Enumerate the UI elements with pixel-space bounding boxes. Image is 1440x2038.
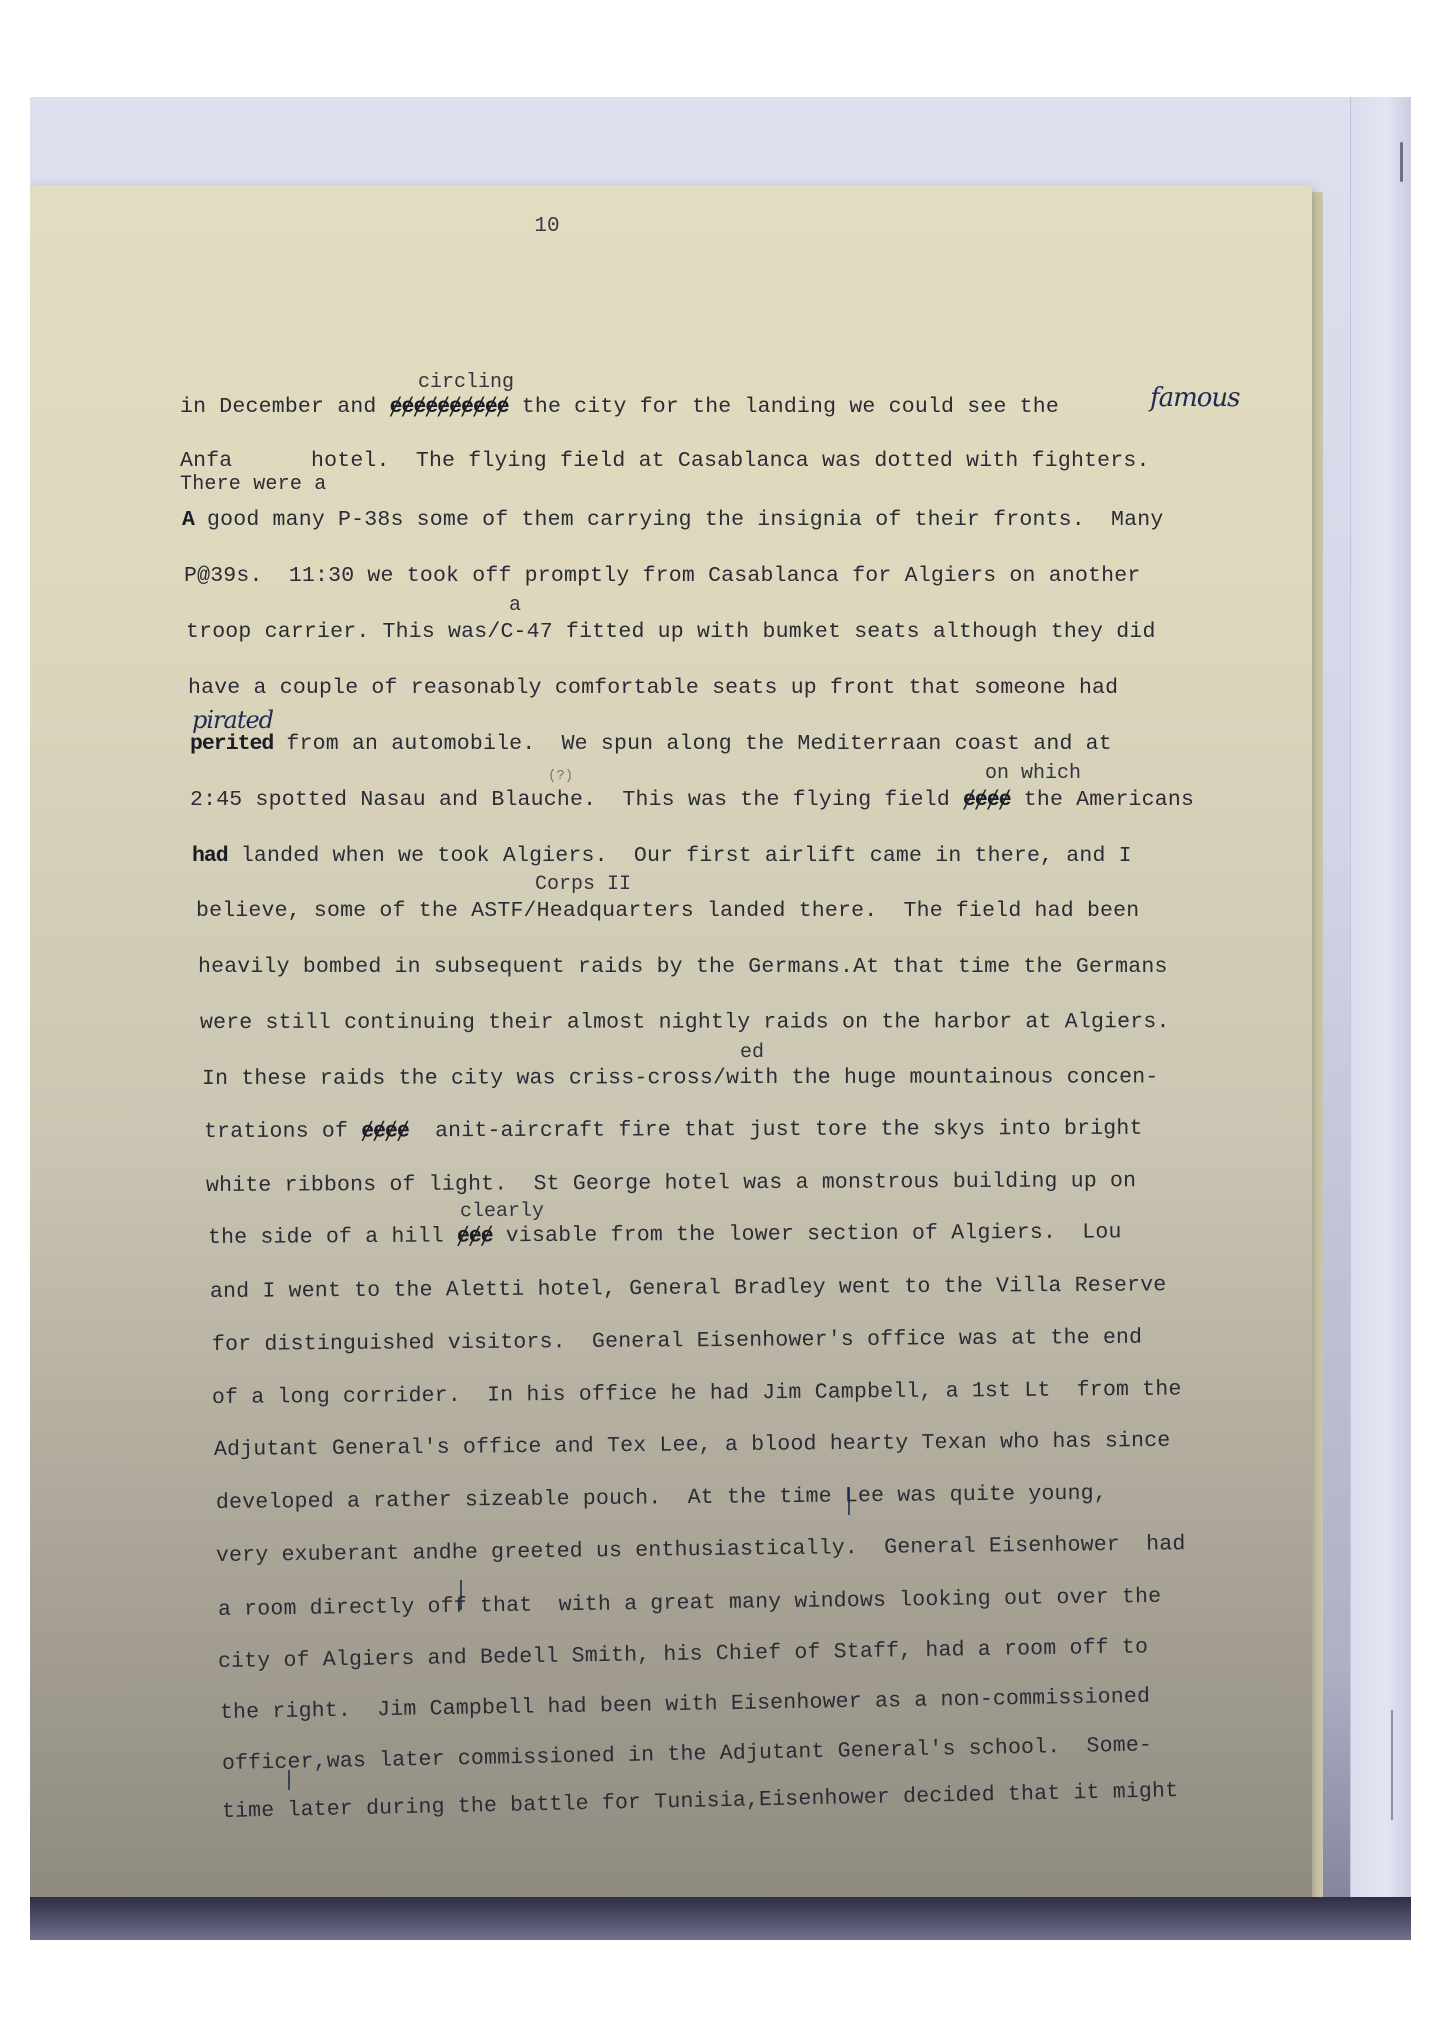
handwritten-mark — [848, 1487, 850, 1515]
struck-out-text: ɇɇɇɇɇɇɇɇɇɇ — [390, 395, 509, 419]
handwritten-mark — [288, 1770, 290, 1790]
typed-text: anit-aircraft fire that just tore the sk… — [409, 1117, 1143, 1144]
typed-line: white ribbons of light. St George hotel … — [206, 1169, 1136, 1198]
typed-text: from an automobile. We spun along the Me… — [273, 732, 1112, 756]
typed-text: good many P-38s some of them carrying th… — [194, 508, 1164, 532]
handwritten-mark — [460, 1580, 462, 1610]
typed-insertion: on which — [985, 762, 1081, 785]
struck-out-text: perited — [190, 732, 273, 756]
typed-line: believe, some of the ASTF/Headquarters l… — [196, 899, 1139, 923]
typed-line: There were a — [180, 473, 326, 496]
struck-out-text: ɇɇɇɇ — [963, 788, 1011, 812]
typed-line: In these raids the city was criss-cross/… — [202, 1065, 1158, 1091]
question-mark-annotation: (?) — [548, 768, 573, 784]
page-number: 10 — [0, 215, 1188, 238]
page-shadow — [30, 1897, 1411, 1940]
typed-line: have a couple of reasonably comfortable … — [188, 676, 1118, 700]
margin-scribble — [1391, 1710, 1407, 1820]
handwritten-correction: pirated — [192, 706, 273, 734]
typed-insertion: Corps II — [535, 873, 631, 896]
typed-text: trations of — [204, 1119, 361, 1144]
typed-line: had landed when we took Algiers. Our fir… — [192, 844, 1132, 868]
typed-text: 2:45 spotted Nasau and Blauche. This was… — [190, 788, 963, 812]
typed-line: heavily bombed in subsequent raids by th… — [198, 955, 1168, 979]
typed-text: landed when we took Algiers. Our first a… — [228, 844, 1132, 868]
struck-out-text: ɇɇɇɇ — [361, 1119, 409, 1143]
typed-insertion: ed — [740, 1041, 764, 1064]
handwritten-insertion: famous — [1150, 383, 1240, 413]
typed-text: the Americans — [1011, 788, 1194, 812]
typed-line: troop carrier. This was/C-47 fitted up w… — [186, 620, 1156, 644]
typed-line: trations of ɇɇɇɇ anit-aircraft fire that… — [204, 1117, 1143, 1144]
binder-mark — [1400, 142, 1403, 182]
typed-line: 2:45 spotted Nasau and Blauche. This was… — [190, 788, 1194, 812]
typed-text: the city for the landing we could see th… — [509, 395, 1059, 419]
typed-insertion: a — [509, 594, 521, 617]
typed-line: A good many P-38s some of them carrying … — [182, 508, 1163, 532]
typed-line: P@39s. 11:30 we took off promptly from C… — [184, 564, 1140, 588]
typed-text: the side of a hill — [208, 1224, 457, 1250]
struck-out-text: A — [182, 508, 194, 532]
typed-line: were still continuing their almost night… — [200, 1010, 1170, 1035]
backing-sheet-edge — [1350, 97, 1411, 1940]
typed-line: perited from an automobile. We spun alon… — [190, 732, 1112, 756]
typed-line: in December and ɇɇɇɇɇɇɇɇɇɇ the city for … — [180, 395, 1059, 419]
struck-out-text: ɇɇɇ — [457, 1224, 493, 1248]
typed-line: Anfa hotel. The flying field at Casablan… — [180, 449, 1150, 473]
typed-insertion: clearly — [460, 1200, 544, 1224]
struck-out-text: had — [192, 844, 228, 868]
typed-text: in December and — [180, 395, 390, 419]
typed-text: visable from the lower section of Algier… — [493, 1220, 1122, 1248]
typed-insertion: circling — [418, 371, 514, 394]
